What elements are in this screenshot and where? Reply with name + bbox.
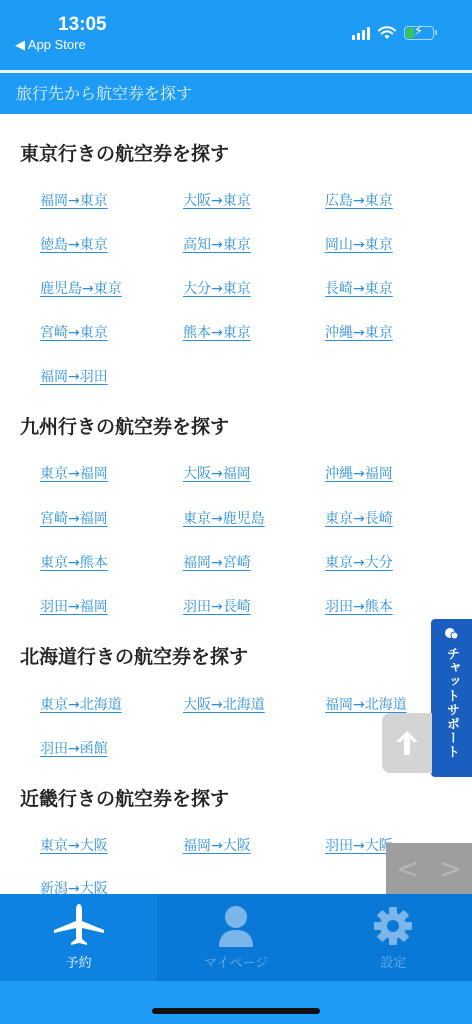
cellular-signal-icon <box>352 26 370 40</box>
route-link[interactable]: 福岡→宮崎 <box>183 552 251 572</box>
gear-icon <box>373 906 413 946</box>
section-title-tokyo: 東京行きの航空券を探す <box>20 139 229 166</box>
home-indicator-area <box>0 981 472 1024</box>
route-link[interactable]: 福岡→北海道 <box>325 694 407 714</box>
pager-controls: < > <box>386 843 472 894</box>
section-title-kyushu: 九州行きの航空券を探す <box>20 412 229 439</box>
tab-label: 設定 <box>380 952 406 971</box>
route-link[interactable]: 新潟→大阪 <box>40 878 108 894</box>
route-link[interactable]: 高知→東京 <box>183 234 251 254</box>
route-link[interactable]: 東京→長崎 <box>325 508 393 528</box>
route-link[interactable]: 大分→東京 <box>183 278 251 298</box>
route-link[interactable]: 広島→東京 <box>325 190 393 210</box>
route-link[interactable]: 大阪→福岡 <box>183 463 251 483</box>
tab-reservation[interactable]: 予約 <box>0 894 157 981</box>
route-link[interactable]: 羽田→福岡 <box>40 596 108 616</box>
chevron-left-icon[interactable]: < <box>396 852 419 885</box>
route-link[interactable]: 徳島→東京 <box>40 234 108 254</box>
chat-bubble-icon <box>444 627 460 641</box>
route-link[interactable]: 東京→大分 <box>325 552 393 572</box>
route-list-content[interactable]: 東京行きの航空券を探す 福岡→東京 大阪→東京 広島→東京 徳島→東京 高知→東… <box>0 114 472 894</box>
route-link[interactable]: 羽田→大阪 <box>325 835 393 855</box>
tab-mypage[interactable]: マイページ <box>157 894 314 981</box>
tab-label: 予約 <box>66 952 92 971</box>
tab-bar: 予約 マイページ <box>0 894 472 981</box>
route-link[interactable]: 羽田→長崎 <box>183 596 251 616</box>
status-icons: ⚡ <box>352 26 434 40</box>
route-link[interactable]: 宮崎→福岡 <box>40 508 108 528</box>
route-link[interactable]: 羽田→函館 <box>40 738 108 758</box>
arrow-up-icon <box>394 729 420 757</box>
home-indicator[interactable] <box>152 1008 320 1014</box>
route-link[interactable]: 福岡→大阪 <box>183 835 251 855</box>
route-link[interactable]: 岡山→東京 <box>325 234 393 254</box>
status-bar: 13:05 ◀ App Store ⚡ <box>0 0 472 70</box>
route-link[interactable]: 沖縄→東京 <box>325 322 393 342</box>
route-link[interactable]: 東京→熊本 <box>40 552 108 572</box>
route-link[interactable]: 沖縄→福岡 <box>325 463 393 483</box>
chat-support-label: チャットサポート <box>442 647 461 759</box>
person-icon <box>218 905 254 947</box>
route-link[interactable]: 鹿児島→東京 <box>40 278 122 298</box>
wifi-icon <box>378 26 396 40</box>
battery-charging-icon: ⚡ <box>404 26 434 40</box>
airplane-icon <box>53 904 105 948</box>
route-link[interactable]: 宮崎→東京 <box>40 322 108 342</box>
section-title-hokkaido: 北海道行きの航空券を探す <box>20 642 248 669</box>
status-time: 13:05 <box>58 14 107 36</box>
section-title-kinki: 近畿行きの航空券を探す <box>20 784 229 811</box>
route-link[interactable]: 羽田→熊本 <box>325 596 393 616</box>
route-link[interactable]: 福岡→羽田 <box>40 366 108 386</box>
route-link[interactable]: 東京→大阪 <box>40 835 108 855</box>
chevron-right-icon[interactable]: > <box>439 852 462 885</box>
route-link[interactable]: 長崎→東京 <box>325 278 393 298</box>
scroll-to-top-button[interactable] <box>382 713 432 773</box>
route-link[interactable]: 大阪→北海道 <box>183 694 265 714</box>
tab-settings[interactable]: 設定 <box>315 894 472 981</box>
tab-label: マイページ <box>204 952 268 971</box>
route-link[interactable]: 大阪→東京 <box>183 190 251 210</box>
route-link[interactable]: 東京→鹿児島 <box>183 508 265 528</box>
chat-support-button[interactable]: チャットサポート <box>431 619 472 777</box>
back-to-app-store[interactable]: ◀ App Store <box>15 37 86 53</box>
route-link[interactable]: 福岡→東京 <box>40 190 108 210</box>
page-title: 旅行先から航空券を探す <box>0 73 472 114</box>
route-link[interactable]: 東京→福岡 <box>40 463 108 483</box>
route-link[interactable]: 東京→北海道 <box>40 694 122 714</box>
route-link[interactable]: 熊本→東京 <box>183 322 251 342</box>
